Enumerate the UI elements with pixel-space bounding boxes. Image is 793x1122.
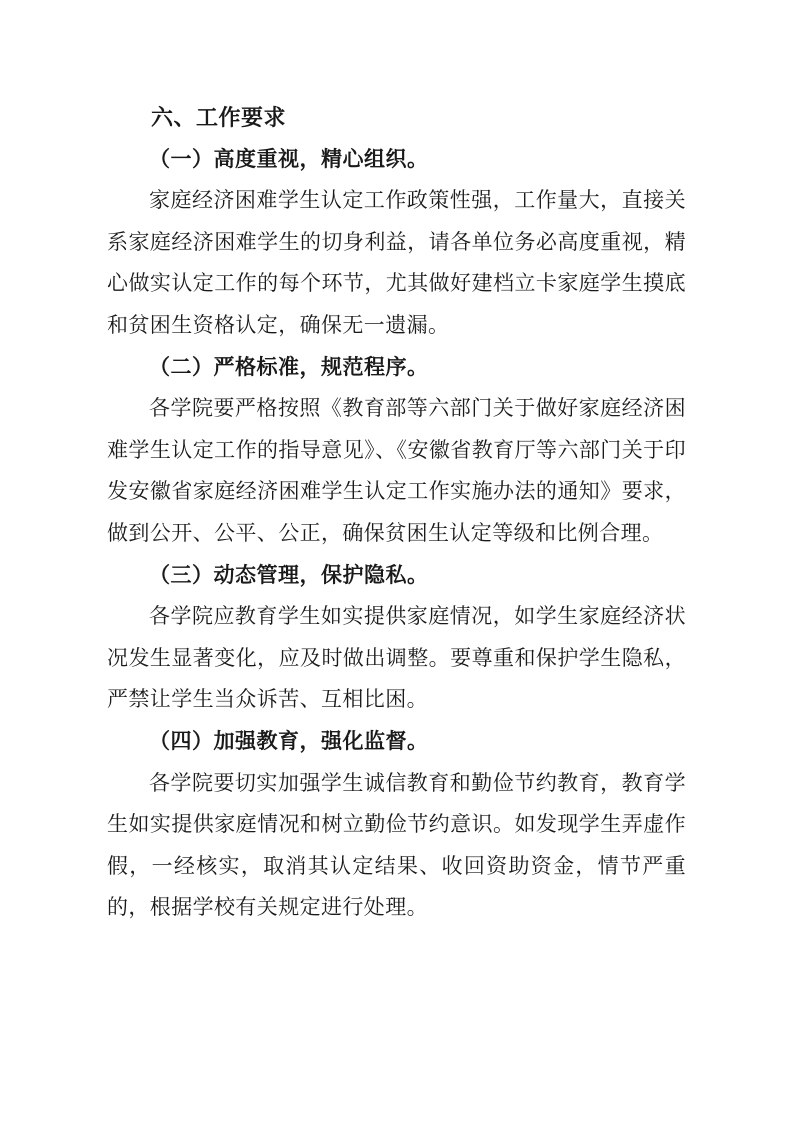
section-4-subheading: （四）加强教育，强化监督。 bbox=[107, 721, 686, 763]
section-2-paragraph: 各学院要严格按照《教育部等六部门关于做好家庭经济困难学生认定工作的指导意见》、《… bbox=[107, 388, 686, 554]
section-4-paragraph: 各学院要切实加强学生诚信教育和勤俭节约教育，教育学生如实提供家庭情况和树立勤俭节… bbox=[107, 763, 686, 929]
section-3-subheading: （三）动态管理，保护隐私。 bbox=[107, 555, 686, 597]
document-section-2: （二）严格标准，规范程序。 各学院要严格按照《教育部等六部门关于做好家庭经济困难… bbox=[107, 347, 686, 555]
section-1-paragraph: 家庭经济困难学生认定工作政策性强，工作量大，直接关系家庭经济困难学生的切身利益，… bbox=[107, 180, 686, 346]
document-section-3: （三）动态管理，保护隐私。 各学院应教育学生如实提供家庭情况，如学生家庭经济状况… bbox=[107, 555, 686, 721]
document-section-4: （四）加强教育，强化监督。 各学院要切实加强学生诚信教育和勤俭节约教育，教育学生… bbox=[107, 721, 686, 929]
document-page: 六、工作要求 （一）高度重视，精心组织。 家庭经济困难学生认定工作政策性强，工作… bbox=[0, 0, 793, 1122]
section-1-subheading: （一）高度重视，精心组织。 bbox=[107, 139, 686, 181]
section-3-paragraph: 各学院应教育学生如实提供家庭情况，如学生家庭经济状况发生显著变化，应及时做出调整… bbox=[107, 596, 686, 721]
section-2-subheading: （二）严格标准，规范程序。 bbox=[107, 347, 686, 389]
document-heading: 六、工作要求 bbox=[107, 97, 686, 139]
document-section-1: （一）高度重视，精心组织。 家庭经济困难学生认定工作政策性强，工作量大，直接关系… bbox=[107, 139, 686, 347]
